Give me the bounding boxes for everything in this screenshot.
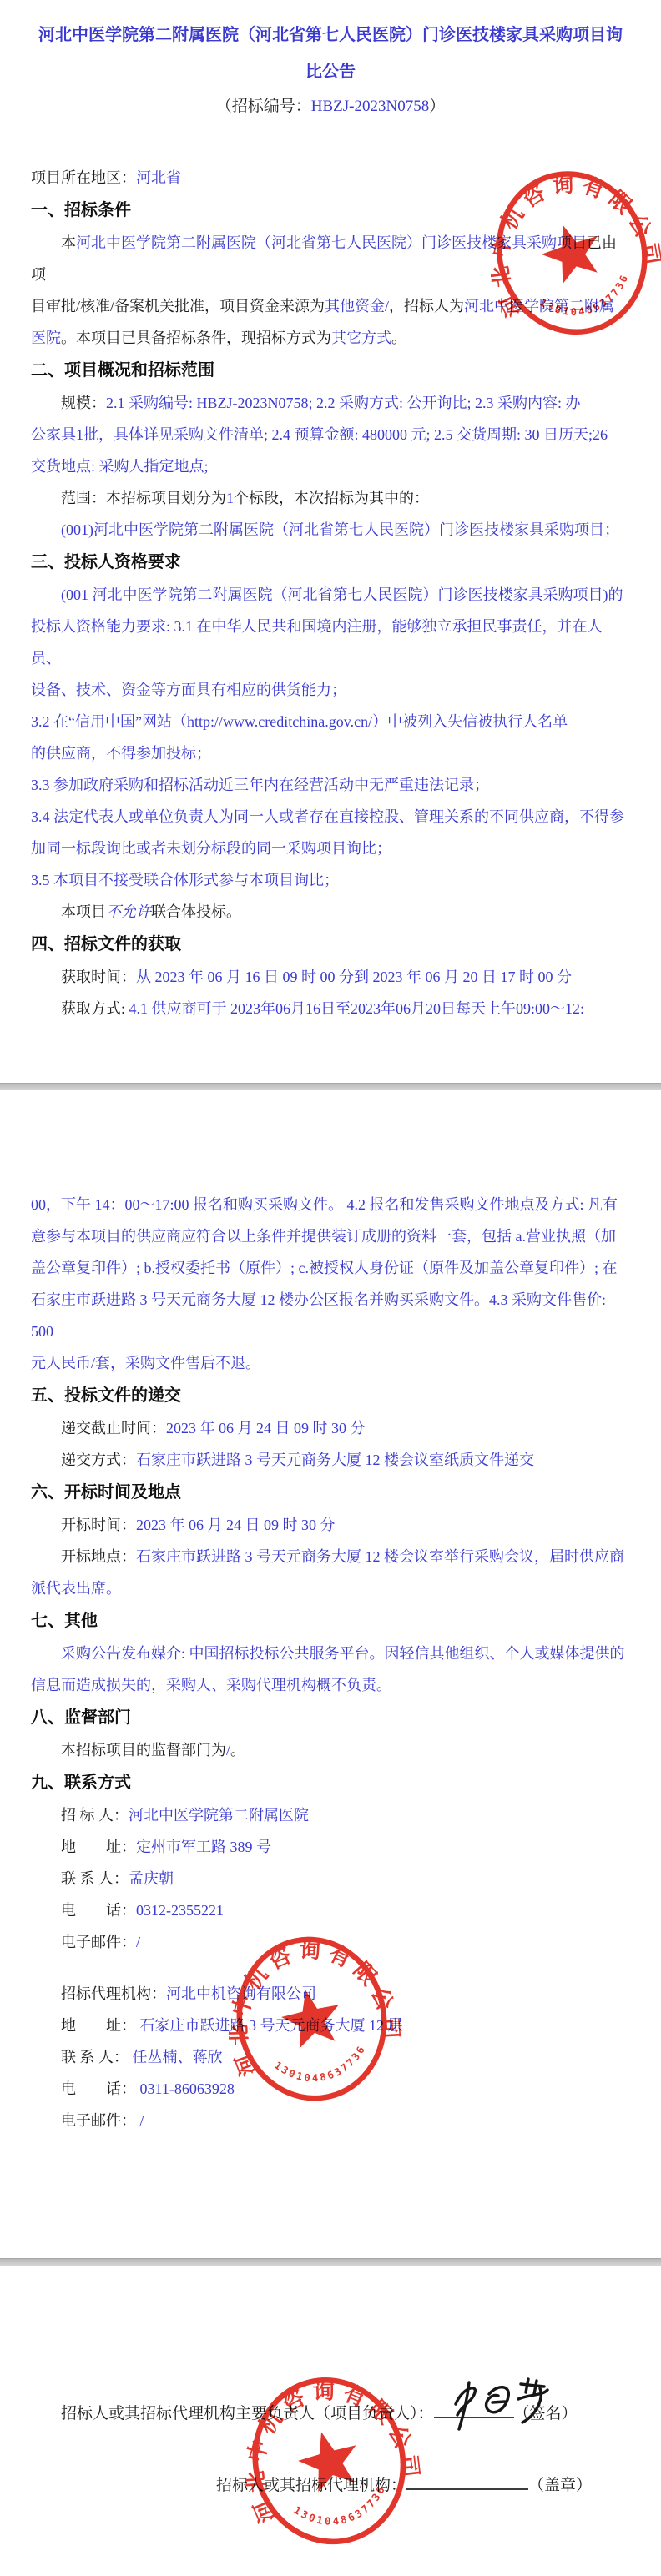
text-line: 电子邮件： / xyxy=(31,2105,630,2136)
text-segment: 信息而造成损失的，采购人、采购代理机构概不负责。 xyxy=(31,1677,391,1693)
text-line: 设备、技术、资金等方面具有相应的供货能力； xyxy=(31,674,630,706)
text-segment: 孟庆朝 xyxy=(129,1870,174,1887)
text-segment: 3.2 在“信用中国”网站（http://www.creditchina.gov… xyxy=(31,713,568,730)
text-line: 开标地点：石家庄市跃进路 3 号天元商务大厦 12 楼会议室举行采购会议，届时供… xyxy=(31,1541,630,1572)
text-line: 目审批/核准/备案机关批准，项目资金来源为其他资金/，招标人为河北中医学院第二附… xyxy=(31,290,630,322)
text-line: 3.4 法定代表人或单位负责人为同一人或者存在直接控股、管理关系的不同供应商，不… xyxy=(31,801,630,833)
text-segment: 石家庄市跃进路 3 号天元商务大厦 12 层 xyxy=(140,2017,403,2034)
text-line: 医院。本项目已具备招标条件，现招标方式为其它方式。 xyxy=(31,322,630,354)
document-page-3: 招标人或其招标代理机构主要负责人（项目负责人）：（签名）招标人或其招标代理机构：… xyxy=(0,2266,661,2576)
spacer xyxy=(31,1090,630,1189)
text-line: 3.5 本项目不接受联合体形式参与本项目询比； xyxy=(31,864,630,896)
text-segment: 1 xyxy=(226,490,234,506)
text-line: 电 话：0312-2355221 xyxy=(31,1894,630,1926)
text-line: 递交方式：石家庄市跃进路 3 号天元商务大厦 12 楼会议室纸质文件递交 xyxy=(31,1444,630,1476)
section-heading: 六、开标时间及地点 xyxy=(31,1476,630,1509)
text-line: 项目所在地区：河北省 xyxy=(31,162,630,194)
text-line: 获取方式: 4.1 供应商可于 2023年06月16日至2023年06月20日每… xyxy=(31,993,630,1024)
text-segment: 3.3 参加政府采购和招标活动近三年内在经营活动中无严重违法记录； xyxy=(31,777,489,793)
agency-seal-line: 招标人或其招标代理机构：（盖章） xyxy=(31,2469,630,2503)
text-segment: 石家庄市跃进路 3 号天元商务大厦 12 楼会议室纸质文件递交 xyxy=(136,1452,534,1468)
text-segment: 河北省 xyxy=(136,169,181,186)
text-line: 加同一标段询比或者未划分标段的同一采购项目询比； xyxy=(31,833,630,864)
text-line: 联 系 人：孟庆朝 xyxy=(31,1863,630,1894)
text-segment: 联 系 人： xyxy=(61,2049,133,2065)
text-segment: （盖章） xyxy=(528,2477,592,2494)
text-line: 石家庄市跃进路 3 号天元商务大厦 12 楼办公区报名并购买采购文件。4.3 采… xyxy=(31,1284,630,1347)
text-line: 元人民币/套，采购文件售后不退。 xyxy=(31,1347,630,1379)
text-segment: 开标地点： xyxy=(61,1548,136,1565)
document-page-1: 河北中医学院第二附属医院（河北省第七人民医院）门诊医技楼家具采购项目询比公告（招… xyxy=(0,0,661,1083)
spacer xyxy=(31,123,630,162)
text-segment: （签名） xyxy=(514,2405,578,2423)
spacer xyxy=(31,2266,630,2397)
text-segment: / xyxy=(136,1934,140,1950)
text-line: 开标时间：2023 年 06 月 24 日 09 时 30 分 xyxy=(31,1509,630,1541)
text-line: 招标代理机构：河北中机咨询有限公司 xyxy=(31,1978,630,2010)
section-heading: 八、监督部门 xyxy=(31,1701,630,1734)
text-segment: 递交方式： xyxy=(61,1452,136,1468)
text-segment: 元人民币/套，采购文件售后不退。 xyxy=(31,1355,260,1371)
text-segment: 。 xyxy=(230,1742,245,1758)
text-line: 采购公告发布媒介: 中国招标投标公共服务平台。因轻信其他组织、个人或媒体提供的 xyxy=(31,1638,630,1669)
text-segment: 意参与本项目的供应商应符合以上条件并提供装订成册的资料一套，包括 a.营业执照（… xyxy=(31,1228,616,1245)
text-line: 本招标项目的监督部门为/。 xyxy=(31,1734,630,1766)
text-segment: 3.4 法定代表人或单位负责人为同一人或者存在直接控股、管理关系的不同供应商，不… xyxy=(31,808,624,825)
section-heading: 九、联系方式 xyxy=(31,1766,630,1799)
tender-notice-document: 河北中医学院第二附属医院（河北省第七人民医院）门诊医技楼家具采购项目询比公告（招… xyxy=(0,0,661,2576)
text-segment: 石家庄市跃进路 3 号天元商务大厦 12 楼会议室举行采购会议，届时供应商 xyxy=(136,1548,624,1565)
text-segment: (001 河北中医学院第二附属医院（河北省第七人民医院）门诊医技楼家具采购项目)… xyxy=(61,586,623,603)
text-segment: 招标人或其招标代理机构主要负责人（项目负责人）： xyxy=(61,2405,434,2423)
text-line: 获取时间：从 2023 年 06 月 16 日 09 时 00 分到 2023 … xyxy=(31,961,630,993)
text-segment: ） xyxy=(429,98,445,115)
text-segment: 河北中医学院第二附属 xyxy=(464,298,614,314)
text-line: (001 河北中医学院第二附属医院（河北省第七人民医院）门诊医技楼家具采购项目)… xyxy=(31,579,630,611)
text-line: 规模：2.1 采购编号: HBZJ-2023N0758; 2.2 采购方式: 公… xyxy=(31,387,630,419)
text-segment: 递交截止时间： xyxy=(61,1420,166,1436)
text-segment: 石家庄市跃进路 3 号天元商务大厦 12 楼办公区报名并购买采购文件。4.3 采… xyxy=(31,1291,606,1340)
text-segment: 电子邮件： xyxy=(61,1934,136,1950)
section-heading: 七、其他 xyxy=(31,1604,630,1638)
text-segment: 获取方式: xyxy=(61,1000,129,1017)
text-line: (001)河北中医学院第二附属医院（河北省第七人民医院）门诊医技楼家具采购项目； xyxy=(31,514,630,546)
text-line: 派代表出席。 xyxy=(31,1572,630,1604)
text-line: 电 话： 0311-86063928 xyxy=(31,2073,630,2105)
text-segment: 00，下午 14：00～17:00 报名和购买采购文件。 4.2 报名和发售采购… xyxy=(31,1196,618,1213)
text-segment: 规模： xyxy=(61,395,106,411)
document-title-line: 比公告 xyxy=(31,53,630,90)
text-line: 招 标 人：河北中医学院第二附属医院 xyxy=(31,1799,630,1831)
section-heading: 五、投标文件的递交 xyxy=(31,1379,630,1412)
text-segment: 4.1 供应商可于 2023年06月16日至2023年06月20日每天上午09:… xyxy=(129,1000,585,1017)
text-segment: （招标编号： xyxy=(216,98,311,115)
text-segment: 采购公告发布媒介: 中国招标投标公共服务平台。因轻信其他组织、个人或媒体提供的 xyxy=(61,1645,625,1662)
text-segment: 本招标项目的监督部门为 xyxy=(61,1742,226,1758)
text-segment: 项目所在地区： xyxy=(31,169,136,186)
section-heading: 一、招标条件 xyxy=(31,194,630,227)
text-segment: 目审批/核准/备案机关批准，项目资金来源为 xyxy=(31,298,325,314)
text-segment: 2023 年 06 月 24 日 09 时 30 分 xyxy=(136,1517,336,1533)
responsible-person-signature-line: 招标人或其招标代理机构主要负责人（项目负责人）：（签名） xyxy=(31,2397,630,2431)
text-segment: 电 话： xyxy=(61,1902,136,1919)
text-segment: 本 xyxy=(61,234,76,251)
text-segment: 招标人或其招标代理机构： xyxy=(216,2477,406,2494)
spacer xyxy=(31,1958,630,1978)
text-segment: (001)河北中医学院第二附属医院（河北省第七人民医院）门诊医技楼家具采购项目； xyxy=(61,521,619,538)
blank-underline xyxy=(406,2472,528,2490)
text-segment: 地 址： xyxy=(61,1839,136,1855)
text-segment: 盖公章复印件）; b.授权委托书（原件）; c.被授权人身份证（原件及加盖公章复… xyxy=(31,1260,618,1276)
text-segment: / xyxy=(140,2112,144,2129)
text-line: 的供应商，不得参加投标； xyxy=(31,737,630,769)
text-line: 交货地点: 采购人指定地点; xyxy=(31,450,630,482)
text-line: 本项目不允许联合体投标。 xyxy=(31,896,630,928)
text-segment: 医院 xyxy=(31,330,61,346)
text-segment: ，招标人为 xyxy=(389,298,464,314)
text-line: 联 系 人： 任丛楠、蒋欣 xyxy=(31,2041,630,2073)
text-line: 00，下午 14：00～17:00 报名和购买采购文件。 4.2 报名和发售采购… xyxy=(31,1189,630,1220)
text-line: 地 址： 石家庄市跃进路 3 号天元商务大厦 12 层 xyxy=(31,2010,630,2041)
text-segment: 0311-86063928 xyxy=(140,2080,235,2097)
text-segment: 招 标 人： xyxy=(61,1807,129,1824)
spacer xyxy=(31,2431,630,2469)
text-segment: HBZJ-2023N0758 xyxy=(311,98,429,115)
text-line: 盖公章复印件）; b.授权委托书（原件）; c.被授权人身份证（原件及加盖公章复… xyxy=(31,1252,630,1284)
text-segment: 电子邮件： xyxy=(61,2112,140,2129)
text-segment: 开标时间： xyxy=(61,1517,136,1533)
text-segment: 2023 年 06 月 24 日 09 时 30 分 xyxy=(166,1420,366,1436)
text-line: 递交截止时间：2023 年 06 月 24 日 09 时 30 分 xyxy=(31,1412,630,1444)
text-segment: 其他资金/ xyxy=(325,298,389,314)
text-line: 3.3 参加政府采购和招标活动近三年内在经营活动中无严重违法记录； xyxy=(31,769,630,801)
document-title-line: 河北中医学院第二附属医院（河北省第七人民医院）门诊医技楼家具采购项目询 xyxy=(31,17,630,53)
tender-number-line: （招标编号：HBZJ-2023N0758） xyxy=(31,90,630,123)
text-segment: 个标段，本次招标为其中的： xyxy=(234,490,429,506)
text-segment: 派代表出席。 xyxy=(31,1580,121,1597)
text-segment: 投标人资格能力要求: 3.1 在中华人民共和国境内注册，能够独立承担民事责任，并… xyxy=(31,618,603,667)
blank-underline xyxy=(434,2400,514,2418)
text-segment: 0312-2355221 xyxy=(136,1902,224,1919)
section-heading: 三、投标人资格要求 xyxy=(31,546,630,579)
section-heading: 二、项目概况和招标范围 xyxy=(31,354,630,387)
text-segment: 联 系 人： xyxy=(61,1870,129,1887)
text-line: 3.2 在“信用中国”网站（http://www.creditchina.gov… xyxy=(31,706,630,737)
text-segment: 公家具1批，具体详见采购文件清单; 2.4 预算金额: 480000 元; 2.… xyxy=(31,426,608,443)
text-line: 投标人资格能力要求: 3.1 在中华人民共和国境内注册，能够独立承担民事责任，并… xyxy=(31,611,630,674)
text-segment: 其它方式 xyxy=(331,330,391,346)
text-segment: 任丛楠、蒋欣 xyxy=(133,2049,223,2065)
text-line: 本河北中医学院第二附属医院（河北省第七人民医院）门诊医技楼家具采购项目已由项 xyxy=(31,227,630,290)
text-segment: 招标代理机构： xyxy=(61,1985,166,2002)
text-segment: 获取时间： xyxy=(61,969,136,985)
text-line: 电子邮件：/ xyxy=(31,1926,630,1958)
document-page-2: 00，下午 14：00～17:00 报名和购买采购文件。 4.2 报名和发售采购… xyxy=(0,1090,661,2258)
text-segment: 联合体投标。 xyxy=(151,903,241,920)
text-segment: 。 xyxy=(391,330,406,346)
text-segment: 定州市军工路 389 号 xyxy=(136,1839,271,1855)
text-segment: 设备、技术、资金等方面具有相应的供货能力； xyxy=(31,682,346,698)
section-heading: 四、招标文件的获取 xyxy=(31,928,630,961)
text-line: 公家具1批，具体详见采购文件清单; 2.4 预算金额: 480000 元; 2.… xyxy=(31,419,630,450)
text-line: 范围：本招标项目划分为1个标段，本次招标为其中的： xyxy=(31,482,630,514)
text-segment: 河北中医学院第二附属医院 xyxy=(129,1807,309,1824)
text-segment: 河北中医学院第二附属医院（河北省第七人民医院）门诊医技楼家具采购项目 xyxy=(76,234,587,251)
text-segment: 交货地点: 采购人指定地点; xyxy=(31,458,209,475)
text-segment: 从 2023 年 06 月 16 日 09 时 00 分到 2023 年 06 … xyxy=(136,969,572,985)
text-segment: 不允许 xyxy=(106,903,151,920)
text-segment: 。本项目已具备招标条件，现招标方式为 xyxy=(61,330,331,346)
text-line: 意参与本项目的供应商应符合以上条件并提供装订成册的资料一套，包括 a.营业执照（… xyxy=(31,1220,630,1252)
text-segment: 2.1 采购编号: HBZJ-2023N0758; 2.2 采购方式: 公开询比… xyxy=(106,395,581,411)
text-segment: 地 址： xyxy=(61,2017,140,2034)
text-line: 信息而造成损失的，采购人、采购代理机构概不负责。 xyxy=(31,1669,630,1701)
text-segment: 加同一标段询比或者未划分标段的同一采购项目询比； xyxy=(31,840,391,857)
text-segment: 3.5 本项目不接受联合体形式参与本项目询比； xyxy=(31,872,339,888)
text-line: 地 址：定州市军工路 389 号 xyxy=(31,1831,630,1863)
text-segment: 电 话： xyxy=(61,2080,140,2097)
text-segment: 河北中机咨询有限公司 xyxy=(166,1985,316,2002)
text-segment: 范围：本招标项目划分为 xyxy=(61,490,226,506)
text-segment: 的供应商，不得参加投标； xyxy=(31,745,211,762)
text-segment: 本项目 xyxy=(61,903,106,920)
